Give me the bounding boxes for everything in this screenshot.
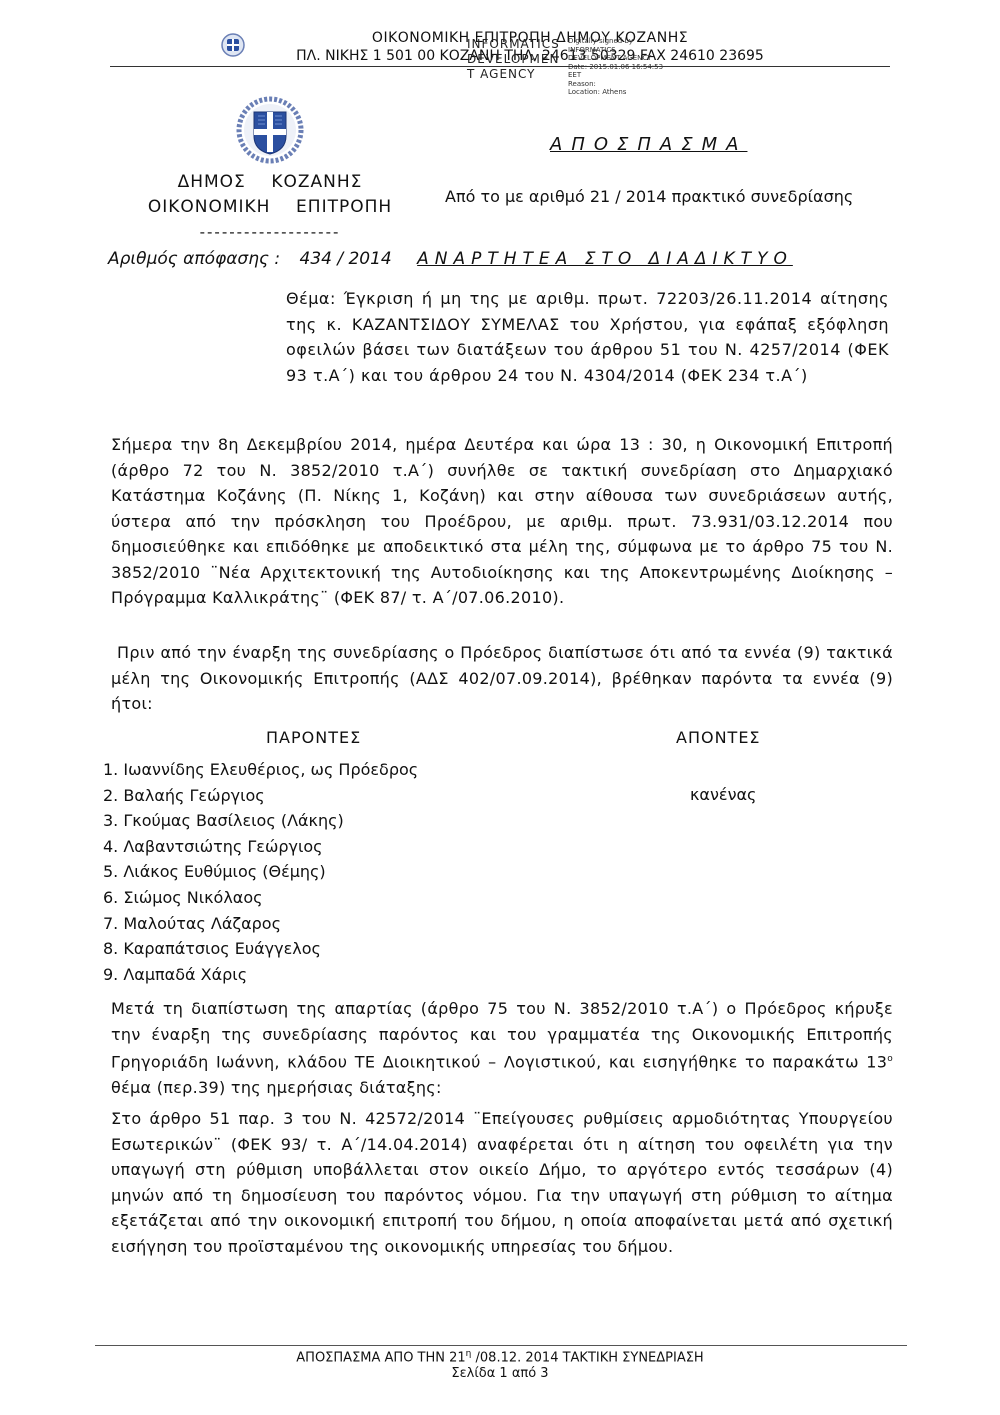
signature-detail-line: Location: Athens [568, 88, 663, 97]
signature-detail-line: INFORMATICS [568, 46, 663, 55]
opening-text-end: θέμα (περ.39) της ημερήσιας διάταξης: [111, 1078, 442, 1097]
present-members-list: 1. Ιωαννίδης Ελευθέριος, ως Πρόεδρος 2. … [103, 757, 418, 987]
signature-detail-line: EET [568, 71, 663, 80]
page-number: Σελίδα 1 από 3 [0, 1366, 1000, 1381]
quorum-paragraph: Πριν από την έναρξη της συνεδρίασης ο Πρ… [111, 640, 893, 717]
minutes-reference: Από το με αριθμό 21 / 2014 πρακτικό συνε… [445, 187, 853, 206]
signature-detail-line: Digitally signed by [568, 37, 663, 46]
signature-detail-line: DEVELOPMENT AGENCY [568, 54, 663, 63]
footer-title: ΑΠΟΣΠΑΣΜΑ ΑΠΟ ΤΗΝ 21η /08.12. 2014 ΤΑΚΤΙ… [0, 1349, 1000, 1365]
present-header: ΠΑΡΟΝΤΕΣ [266, 728, 361, 747]
list-item: 8. Καραπάτσιος Ευάγγελος [103, 936, 418, 962]
list-item: 3. Γκούμας Βασίλειος (Λάκης) [103, 808, 418, 834]
list-item: 9. Λαμπαδά Χάρις [103, 962, 418, 988]
decision-number: 434 / 2014 [300, 249, 392, 269]
issuer-block: ΔΗΜΟΣ ΚΟΖΑΝΗΣ ΟΙΚΟΝΟΜΙΚΗ ΕΠΙΤΡΟΠΗ ------… [100, 170, 440, 245]
greek-coat-of-arms-icon [236, 96, 304, 168]
signer-line: DEVELOPMEN [467, 52, 560, 67]
ordinal-superscript: ο [887, 1054, 893, 1064]
signer-line: T AGENCY [467, 67, 560, 82]
list-item: 7. Μαλούτας Λάζαρος [103, 911, 418, 937]
subject-paragraph: Θέμα: Έγκριση ή μη της με αριθμ. πρωτ. 7… [286, 286, 889, 388]
issuer-municipality: ΔΗΜΟΣ ΚΟΖΑΝΗΣ [100, 170, 440, 195]
list-item: 1. Ιωαννίδης Ελευθέριος, ως Πρόεδρος [103, 757, 418, 783]
absent-value: κανένας [690, 785, 756, 804]
signature-detail-line: Reason: [568, 80, 663, 89]
absent-header: ΑΠΟΝΤΕΣ [676, 728, 761, 747]
opening-paragraph: Μετά τη διαπίστωση της απαρτίας (άρθρο 7… [111, 996, 893, 1100]
issuer-committee: ΟΙΚΟΝΟΜΙΚΗ ΕΠΙΤΡΟΠΗ [100, 195, 440, 220]
digital-signature-signer: INFORMATICS DEVELOPMEN T AGENCY [467, 37, 560, 82]
signer-line: INFORMATICS [467, 37, 560, 52]
document-title: ΑΠΟΣΠΑΣΜΑ [550, 134, 747, 155]
meeting-paragraph: Σήμερα την 8η Δεκεμβρίου 2014, ημέρα Δευ… [111, 432, 893, 611]
law-paragraph: Στο άρθρο 51 παρ. 3 του Ν. 42572/2014 ¨Ε… [111, 1106, 893, 1259]
list-item: 5. Λιάκος Ευθύμιος (Θέμης) [103, 859, 418, 885]
decision-line: Αριθμός απόφασης : 434 / 2014 ΑΝΑΡΤΗΤΕΑ … [108, 249, 793, 269]
list-item: 2. Βαλαής Γεώργιος [103, 783, 418, 809]
issuer-separator: ------------------- [100, 220, 440, 245]
list-item: 4. Λαβαντσιώτης Γεώργιος [103, 834, 418, 860]
footer-title-end: /08.12. 2014 ΤΑΚΤΙΚΗ ΣΥΝΕΔΡΙΑΣΗ [471, 1350, 703, 1365]
publish-flag: ΑΝΑΡΤΗΤΕΑ ΣΤΟ ΔΙΑΔΙΚΤΥΟ [417, 249, 793, 269]
footer-divider [95, 1345, 907, 1346]
list-item: 6. Σιώμος Νικόλαος [103, 885, 418, 911]
opening-text: Μετά τη διαπίστωση της απαρτίας (άρθρο 7… [111, 999, 893, 1071]
footer-title-text: ΑΠΟΣΠΑΣΜΑ ΑΠΟ ΤΗΝ 21 [296, 1350, 465, 1365]
digital-signature-details: Digitally signed by INFORMATICS DEVELOPM… [568, 37, 663, 97]
decision-label: Αριθμός απόφασης : [108, 249, 280, 269]
signature-detail-line: Date: 2015.01.06 16:54:53 [568, 63, 663, 72]
